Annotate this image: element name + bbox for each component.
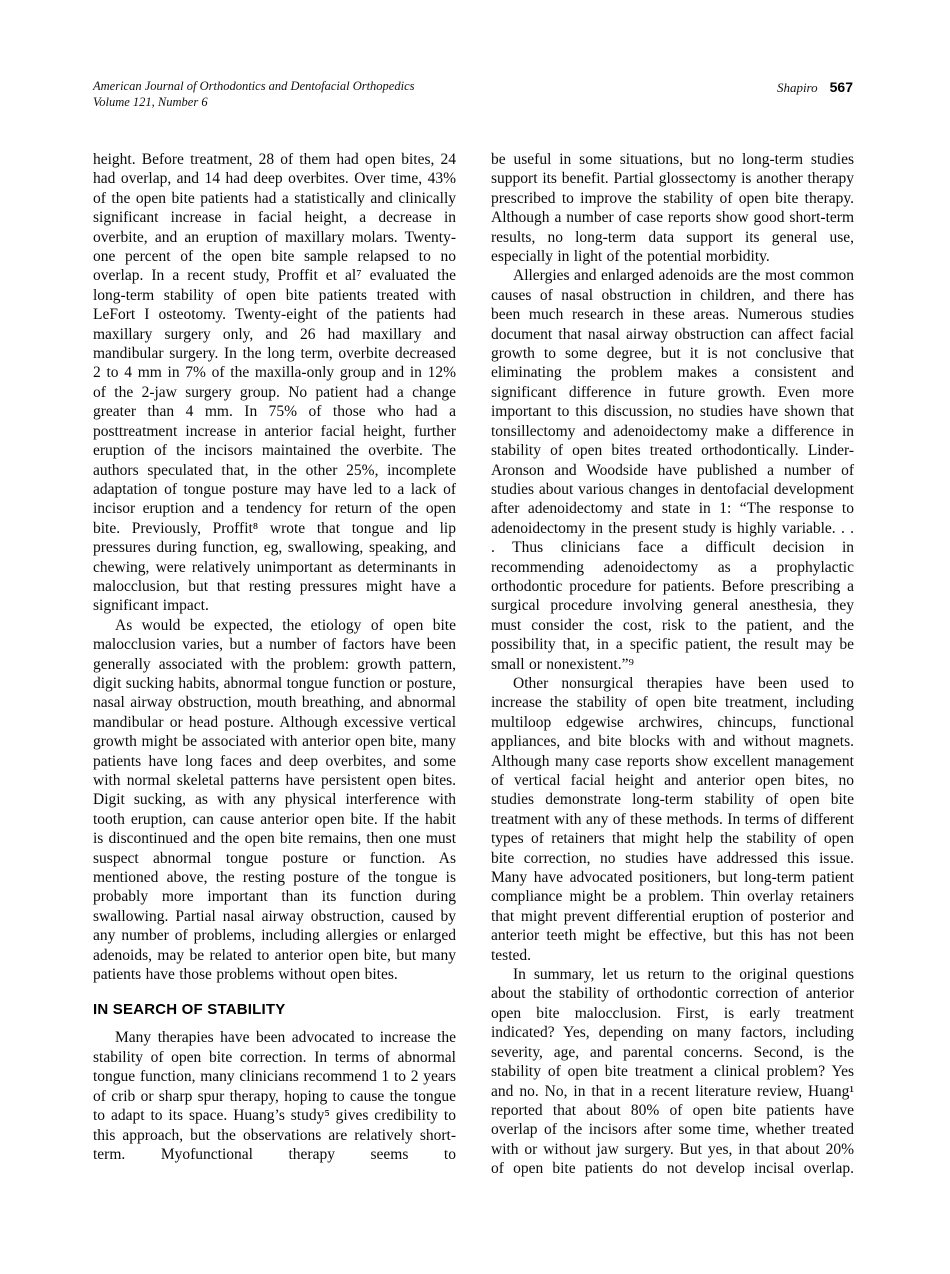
body-paragraph: As would be expected, the etiology of op… [93, 616, 456, 985]
running-head-right: Shapiro 567 [777, 79, 853, 96]
running-head-left: American Journal of Orthodontics and Den… [93, 78, 415, 110]
journal-title: American Journal of Orthodontics and Den… [93, 78, 415, 94]
running-head: American Journal of Orthodontics and Den… [93, 78, 853, 110]
body-paragraph: In summary, let us return to the origina… [491, 965, 854, 1178]
body-paragraph: Other nonsurgical therapies have been us… [491, 674, 854, 965]
issue-info: Volume 121, Number 6 [93, 94, 415, 110]
body-paragraph: be useful in some situations, but no lon… [491, 150, 854, 266]
article-body: height. Before treatment, 28 of them had… [93, 150, 853, 1179]
author-name: Shapiro [777, 80, 818, 96]
page-number: 567 [830, 79, 853, 95]
journal-page: American Journal of Orthodontics and Den… [0, 0, 950, 1274]
body-paragraph: Allergies and enlarged adenoids are the … [491, 266, 854, 674]
right-column: be useful in some situations, but no lon… [491, 150, 854, 1179]
section-heading: IN SEARCH OF STABILITY [93, 1001, 456, 1018]
body-paragraph: Many therapies have been advocated to in… [93, 1028, 456, 1164]
left-column: height. Before treatment, 28 of them had… [93, 150, 456, 1179]
body-paragraph: height. Before treatment, 28 of them had… [93, 150, 456, 616]
